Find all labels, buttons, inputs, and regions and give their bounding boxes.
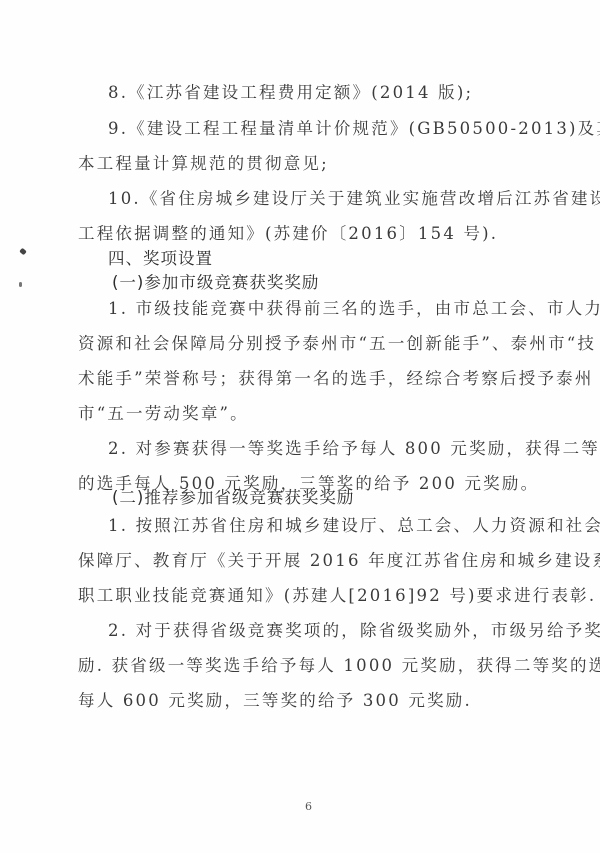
paragraph-line: 1. 按照江苏省住房和城乡建设厅、总工会、人力资源和社会 [108,516,600,536]
paragraph-line: 2. 对参赛获得一等奖选手给予每人 800 元奖励，获得二等奖 [108,439,600,459]
paragraph-line: 每人 600 元奖励，三等奖的给予 300 元奖励. [78,691,472,711]
document-page: 8.《江苏省建设工程费用定额》(2014 版);9.《建设工程工程量清单计价规范… [0,0,600,853]
paragraph-line: 市“五一劳动奖章”。 [78,404,249,424]
paragraph-line: 1. 市级技能竞赛中获得前三名的选手，由市总工会、市人力 [108,299,600,319]
binding-mark [19,282,22,287]
paragraph-line: 保障厅、教育厅《关于开展 2016 年度江苏省住房和城乡建设系统 [78,551,600,571]
paragraph-line: 9.《建设工程工程量清单计价规范》(GB50500-2013)及其 9 [108,119,600,139]
section-heading: 四、奖项设置 [108,249,213,269]
section-heading: (一)参加市级竞赛获奖奖励 [112,273,319,293]
paragraph-line: 术能手”荣誉称号；获得第一名的选手，经综合考察后授予泰州 [78,369,594,389]
paragraph-line: 励. 获省级一等奖选手给予每人 1000 元奖励，获得二等奖的选手 [78,656,600,676]
paragraph-line: 2. 对于获得省级竞赛奖项的，除省级奖励外，市级另给予奖 [108,621,600,641]
paragraph-line: 10.《省住房城乡建设厅关于建筑业实施营改增后江苏省建设 [108,189,600,209]
paragraph-line: 本工程量计算规范的贯彻意见; [78,154,329,174]
paragraph-line: 工程依据调整的通知》(苏建价〔2016〕154 号). [78,224,498,244]
binding-mark [19,248,27,256]
paragraph-line: 8.《江苏省建设工程费用定额》(2014 版); [108,83,473,103]
paragraph-line: 资源和社会保障局分别授予泰州市“五一创新能手”、泰州市“技 [78,334,596,354]
section-heading: (二)推荐参加省级竞赛获奖奖励 [112,488,354,508]
paragraph-line: 职工职业技能竞赛通知》(苏建人[2016]92 号)要求进行表彰. [78,586,596,606]
page-number: 6 [305,800,312,813]
